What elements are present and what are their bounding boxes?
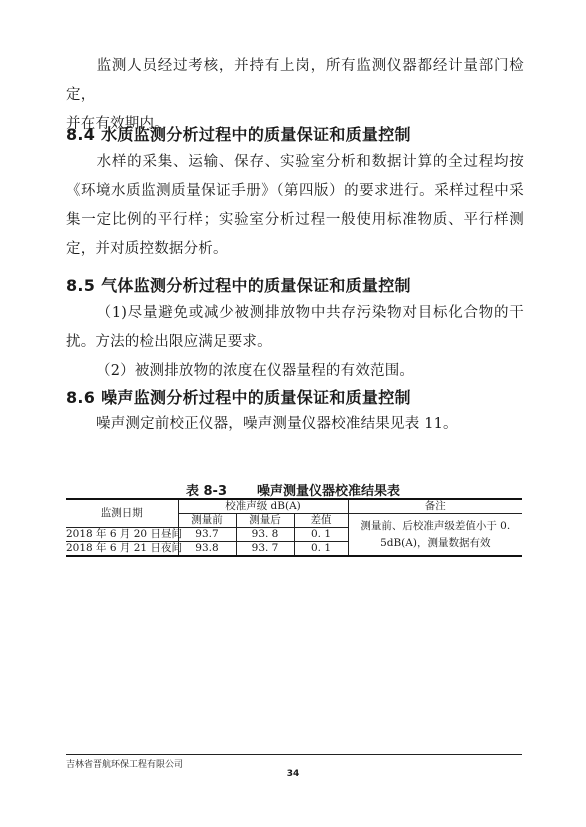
header-remark: 备注 (348, 499, 522, 514)
row-date: 2018 年 6 月 20 日昼间 (66, 528, 178, 542)
header-after: 测量后 (236, 514, 294, 528)
row-date: 2018 年 6 月 21 日夜间 (66, 542, 178, 557)
remark-cell: 测量前、后校准声级差值小于 0. 5dB(A)，测量数据有效 (348, 514, 522, 557)
row-after: 93. 8 (236, 528, 294, 542)
section-8-6-text: 噪声测定前校正仪器，噪声测量仪器校准结果见表 11。 (96, 416, 458, 432)
table-caption-number: 表 8-3 (186, 484, 227, 499)
table-header-row-1: 监测日期 校准声级 dB(A) 备注 (66, 499, 522, 514)
document-page: 监测人员经过考核，并持有上岗，所有监测仪器都经计量部门检定， 并在有效期内。 8… (0, 0, 586, 827)
row-after: 93. 7 (236, 542, 294, 557)
section-8-4-paragraph: 水样的采集、运输、保存、实验室分析和数据计算的全过程均按《环境水质监测质量保证手… (66, 148, 524, 264)
row-before: 93.8 (178, 542, 236, 557)
section-8-4-heading: 8.4 水质监测分析过程中的质量保证和质量控制 (66, 122, 411, 145)
calibration-table: 监测日期 校准声级 dB(A) 备注 测量前 测量后 差值 测量前、后校准声级差… (66, 498, 522, 557)
header-before: 测量前 (178, 514, 236, 528)
table-caption: 表 8-3噪声测量仪器校准结果表 (0, 480, 586, 499)
row-diff: 0. 1 (294, 542, 348, 557)
intro-line-1: 监测人员经过考核，并持有上岗，所有监测仪器都经计量部门检定， (66, 58, 524, 103)
table-caption-title: 噪声测量仪器校准结果表 (257, 484, 400, 499)
section-8-6-heading: 8.6 噪声监测分析过程中的质量保证和质量控制 (66, 385, 411, 408)
section-8-5-item-2-text: （2）被测排放物的浓度在仪器量程的有效范围。 (96, 363, 414, 379)
row-diff: 0. 1 (294, 528, 348, 542)
section-8-5-item-1: （1)尽量避免或减少被测排放物中共存污染物对目标化合物的干扰。方法的检出限应满足… (66, 299, 524, 357)
header-date: 监测日期 (66, 499, 178, 528)
section-8-5-item-1-text: （1)尽量避免或减少被测排放物中共存污染物对目标化合物的干扰。方法的检出限应满足… (66, 305, 524, 350)
footer-divider (66, 754, 522, 755)
section-8-6-paragraph: 噪声测定前校正仪器，噪声测量仪器校准结果见表 11。 (66, 410, 524, 439)
header-level-group: 校准声级 dB(A) (178, 499, 348, 514)
header-diff: 差值 (294, 514, 348, 528)
page-number: 34 (0, 769, 586, 779)
section-8-5-heading: 8.5 气体监测分析过程中的质量保证和质量控制 (66, 273, 411, 296)
row-before: 93.7 (178, 528, 236, 542)
section-8-4-text: 水样的采集、运输、保存、实验室分析和数据计算的全过程均按《环境水质监测质量保证手… (66, 154, 524, 257)
section-8-5-item-2: （2）被测排放物的浓度在仪器量程的有效范围。 (66, 357, 524, 386)
